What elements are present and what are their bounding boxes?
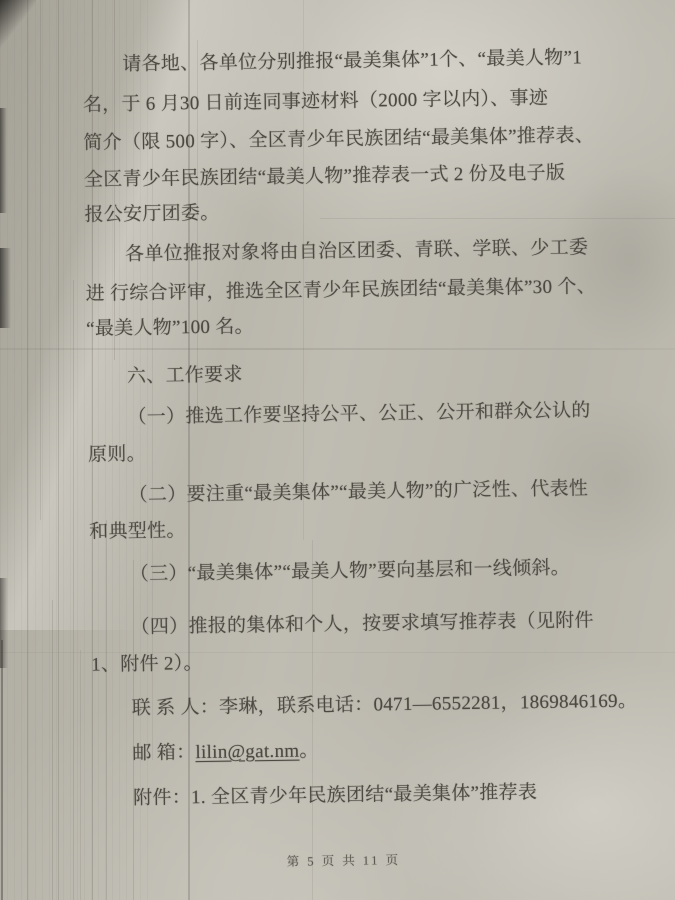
paragraph-line: 全区青少年民族团结“最美人物”推荐表一式 2 份及电子版 — [84, 158, 566, 192]
document-page: 请各地、各单位分别推报“最美集体”1个、“最美人物”1 名，于 6 月30 日前… — [0, 0, 675, 900]
section-heading: 六、工作要求 — [127, 359, 243, 388]
paragraph-line: 报公安厅团委。 — [84, 198, 219, 227]
paragraph-line: “最美人物”100 名。 — [86, 311, 254, 340]
list-item-line: （四）推报的集体和个人，按要求填写推荐表（见附件 — [130, 605, 594, 639]
contact-line: 联 系 人：李琳，联系电话：0471—6552281，1869846169。 — [132, 686, 638, 720]
list-item-line: （三）“最美集体”“最美人物”要向基层和一线倾斜。 — [130, 553, 571, 587]
paragraph-line: 进 行综合评审，推选全区青少年民族团结“最美集体”30 个、 — [85, 271, 596, 306]
list-item-line: （一）推选工作要坚持公平、公正、公开和群众公认的 — [127, 395, 591, 429]
paragraph-line: 各单位推报对象将由自治区团委、青联、学联、少工委 — [125, 232, 589, 266]
list-item-line: 1、附件 2）。 — [91, 648, 203, 677]
list-item-line: 原则。 — [88, 439, 146, 467]
paragraph-line: 简介（限 500 字）、全区青少年民族团结“最美集体”推荐表、 — [83, 120, 594, 155]
paragraph-line: 名，于 6 月30 日前连同事迹材料（2000 字以内）、事迹 — [83, 83, 549, 117]
email-line: 邮 箱：lilin@gat.nm。 — [132, 735, 319, 765]
email-suffix: 。 — [299, 740, 319, 761]
list-item-line: 和典型性。 — [89, 515, 186, 543]
paragraph-line: 请各地、各单位分别推报“最美集体”1个、“最美人物”1 — [122, 42, 582, 76]
email-label: 邮 箱： — [132, 742, 195, 764]
list-item-line: （二）要注重“最美集体”“最美人物”的广泛性、代表性 — [128, 473, 588, 507]
document-photo: 请各地、各单位分别推报“最美集体”1个、“最美人物”1 名，于 6 月30 日前… — [0, 0, 675, 900]
page-footer: 第 5 页 共 11 页 — [6, 846, 675, 874]
email-address: lilin@gat.nm — [195, 741, 299, 764]
attachment-line: 附件：1. 全区青少年民族团结“最美集体”推荐表 — [133, 777, 537, 810]
